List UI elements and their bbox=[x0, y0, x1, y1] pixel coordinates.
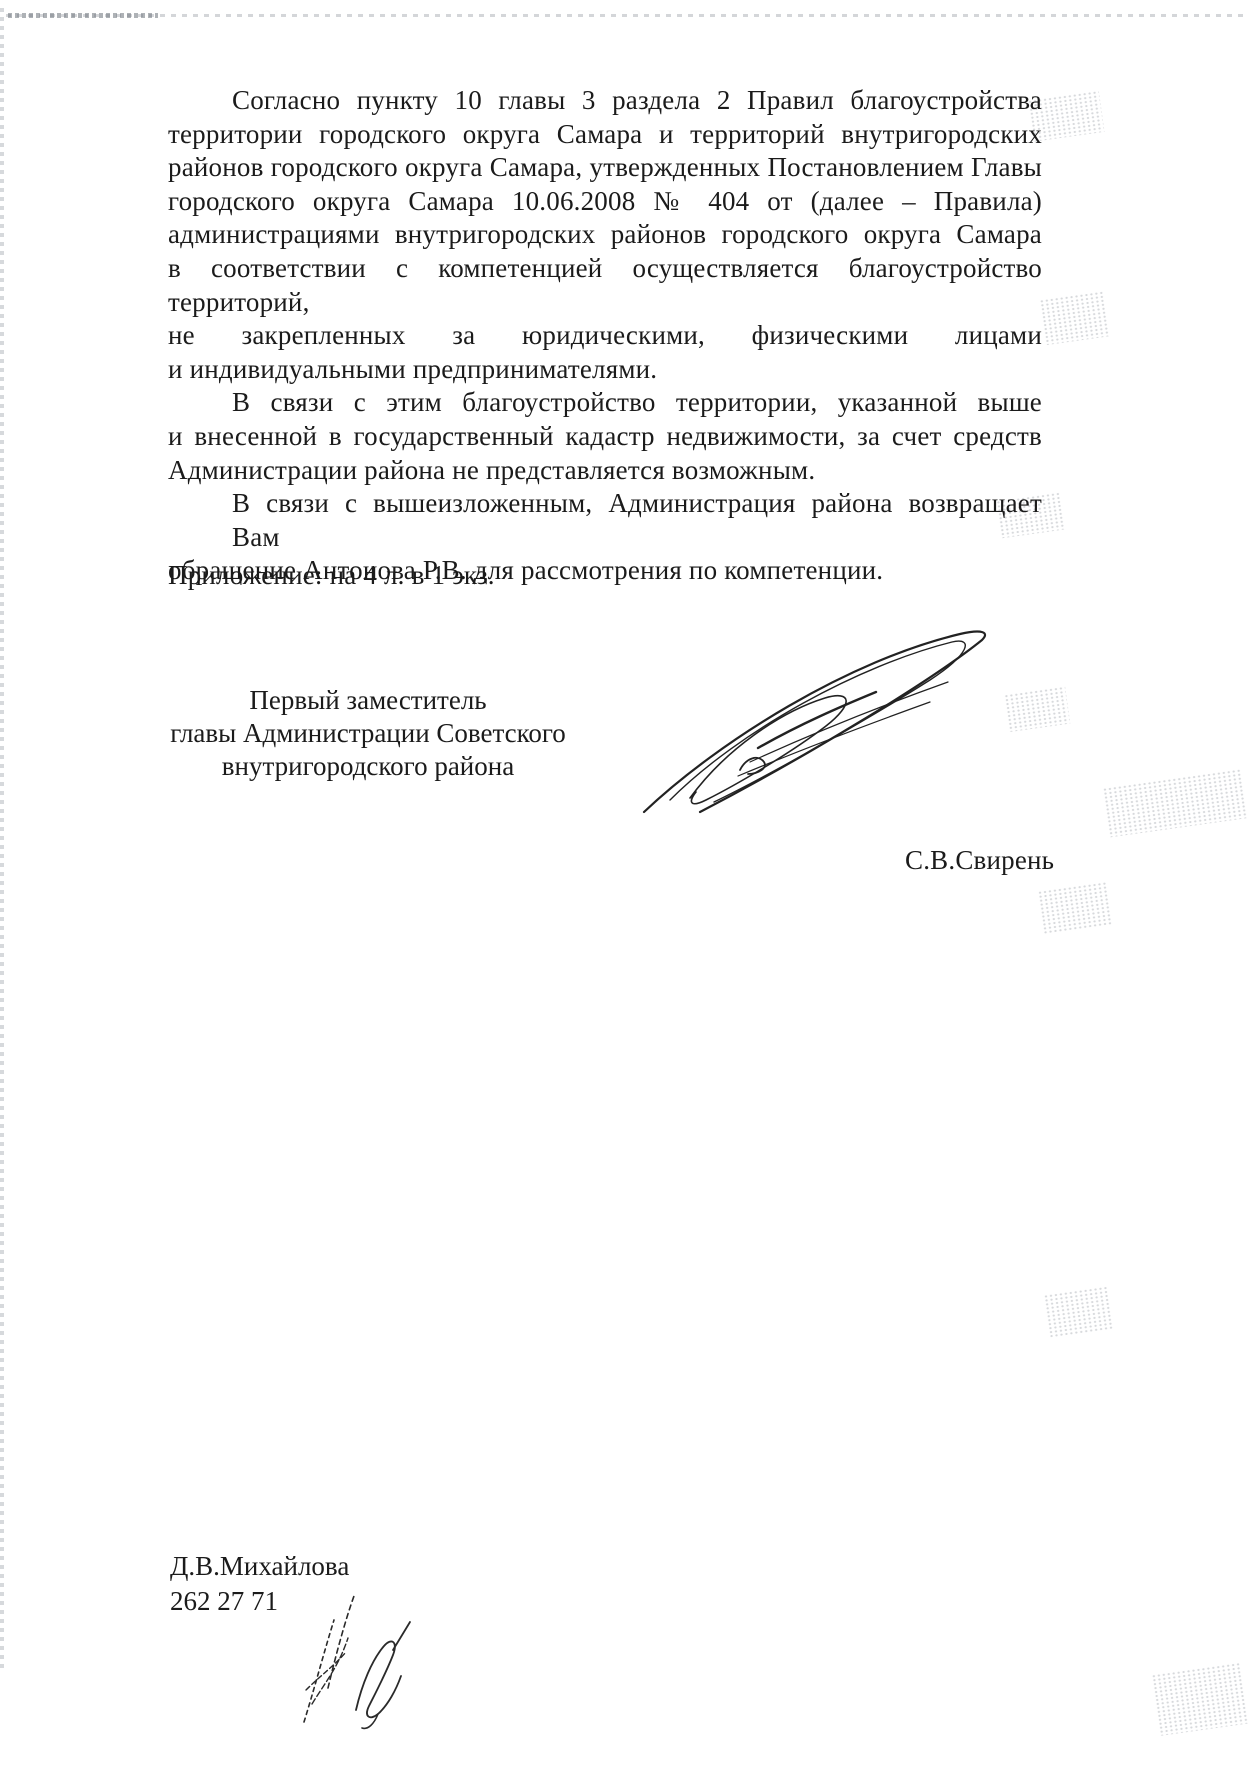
signer-title: Первый заместитель главы Администрации С… bbox=[168, 684, 568, 784]
executor-phone: 262 27 71 bbox=[170, 1586, 278, 1617]
body-line: в соответствии с компетенцией осуществля… bbox=[168, 252, 1042, 319]
executor-name: Д.В.Михайлова bbox=[170, 1551, 349, 1582]
scan-speckle bbox=[1037, 881, 1112, 934]
signer-name: С.В.Свирень bbox=[905, 845, 1054, 876]
scan-speckle bbox=[1004, 686, 1071, 732]
signer-title-line: внутригородского района bbox=[168, 750, 568, 783]
letter-body: Согласно пункту 10 главы 3 раздела 2 Пра… bbox=[168, 84, 1042, 588]
handwritten-initials-ink bbox=[290, 1588, 425, 1733]
scan-noise-edge bbox=[0, 8, 4, 1668]
body-line: районов городского округа Самара, утверж… bbox=[168, 151, 1042, 185]
signature-ink bbox=[630, 620, 1002, 820]
signer-title-line: Первый заместитель bbox=[168, 684, 568, 717]
body-line: не закрепленных за юридическими, физичес… bbox=[168, 319, 1042, 353]
body-line: территории городского округа Самара и те… bbox=[168, 118, 1042, 152]
body-line: и внесенной в государственный кадастр не… bbox=[168, 420, 1042, 454]
body-line: городского округа Самара 10.06.2008 № 40… bbox=[168, 185, 1042, 219]
body-line: и индивидуальными предпринимателями. bbox=[168, 353, 1042, 387]
signer-title-line: главы Администрации Советского bbox=[168, 717, 568, 750]
body-line: Администрации района не представляется в… bbox=[168, 454, 1042, 488]
body-line: администрациями внутригородских районов … bbox=[168, 218, 1042, 252]
body-line: В связи с этим благоустройство территори… bbox=[168, 386, 1042, 420]
scan-speckle bbox=[1151, 1662, 1249, 1736]
scan-noise-line bbox=[6, 14, 1246, 17]
document-page: Согласно пункту 10 главы 3 раздела 2 Пра… bbox=[0, 0, 1250, 1767]
attachment-line: Приложение: на 4 л. в 1 экз. bbox=[168, 560, 495, 591]
scan-speckle bbox=[1043, 1286, 1114, 1339]
scan-speckle bbox=[1102, 769, 1248, 838]
body-line: В связи с вышеизложенным, Администрация … bbox=[168, 487, 1042, 554]
body-line: Согласно пункту 10 главы 3 раздела 2 Пра… bbox=[168, 84, 1042, 118]
scan-noise-line-dark bbox=[8, 13, 158, 18]
scan-speckle bbox=[1039, 291, 1109, 345]
